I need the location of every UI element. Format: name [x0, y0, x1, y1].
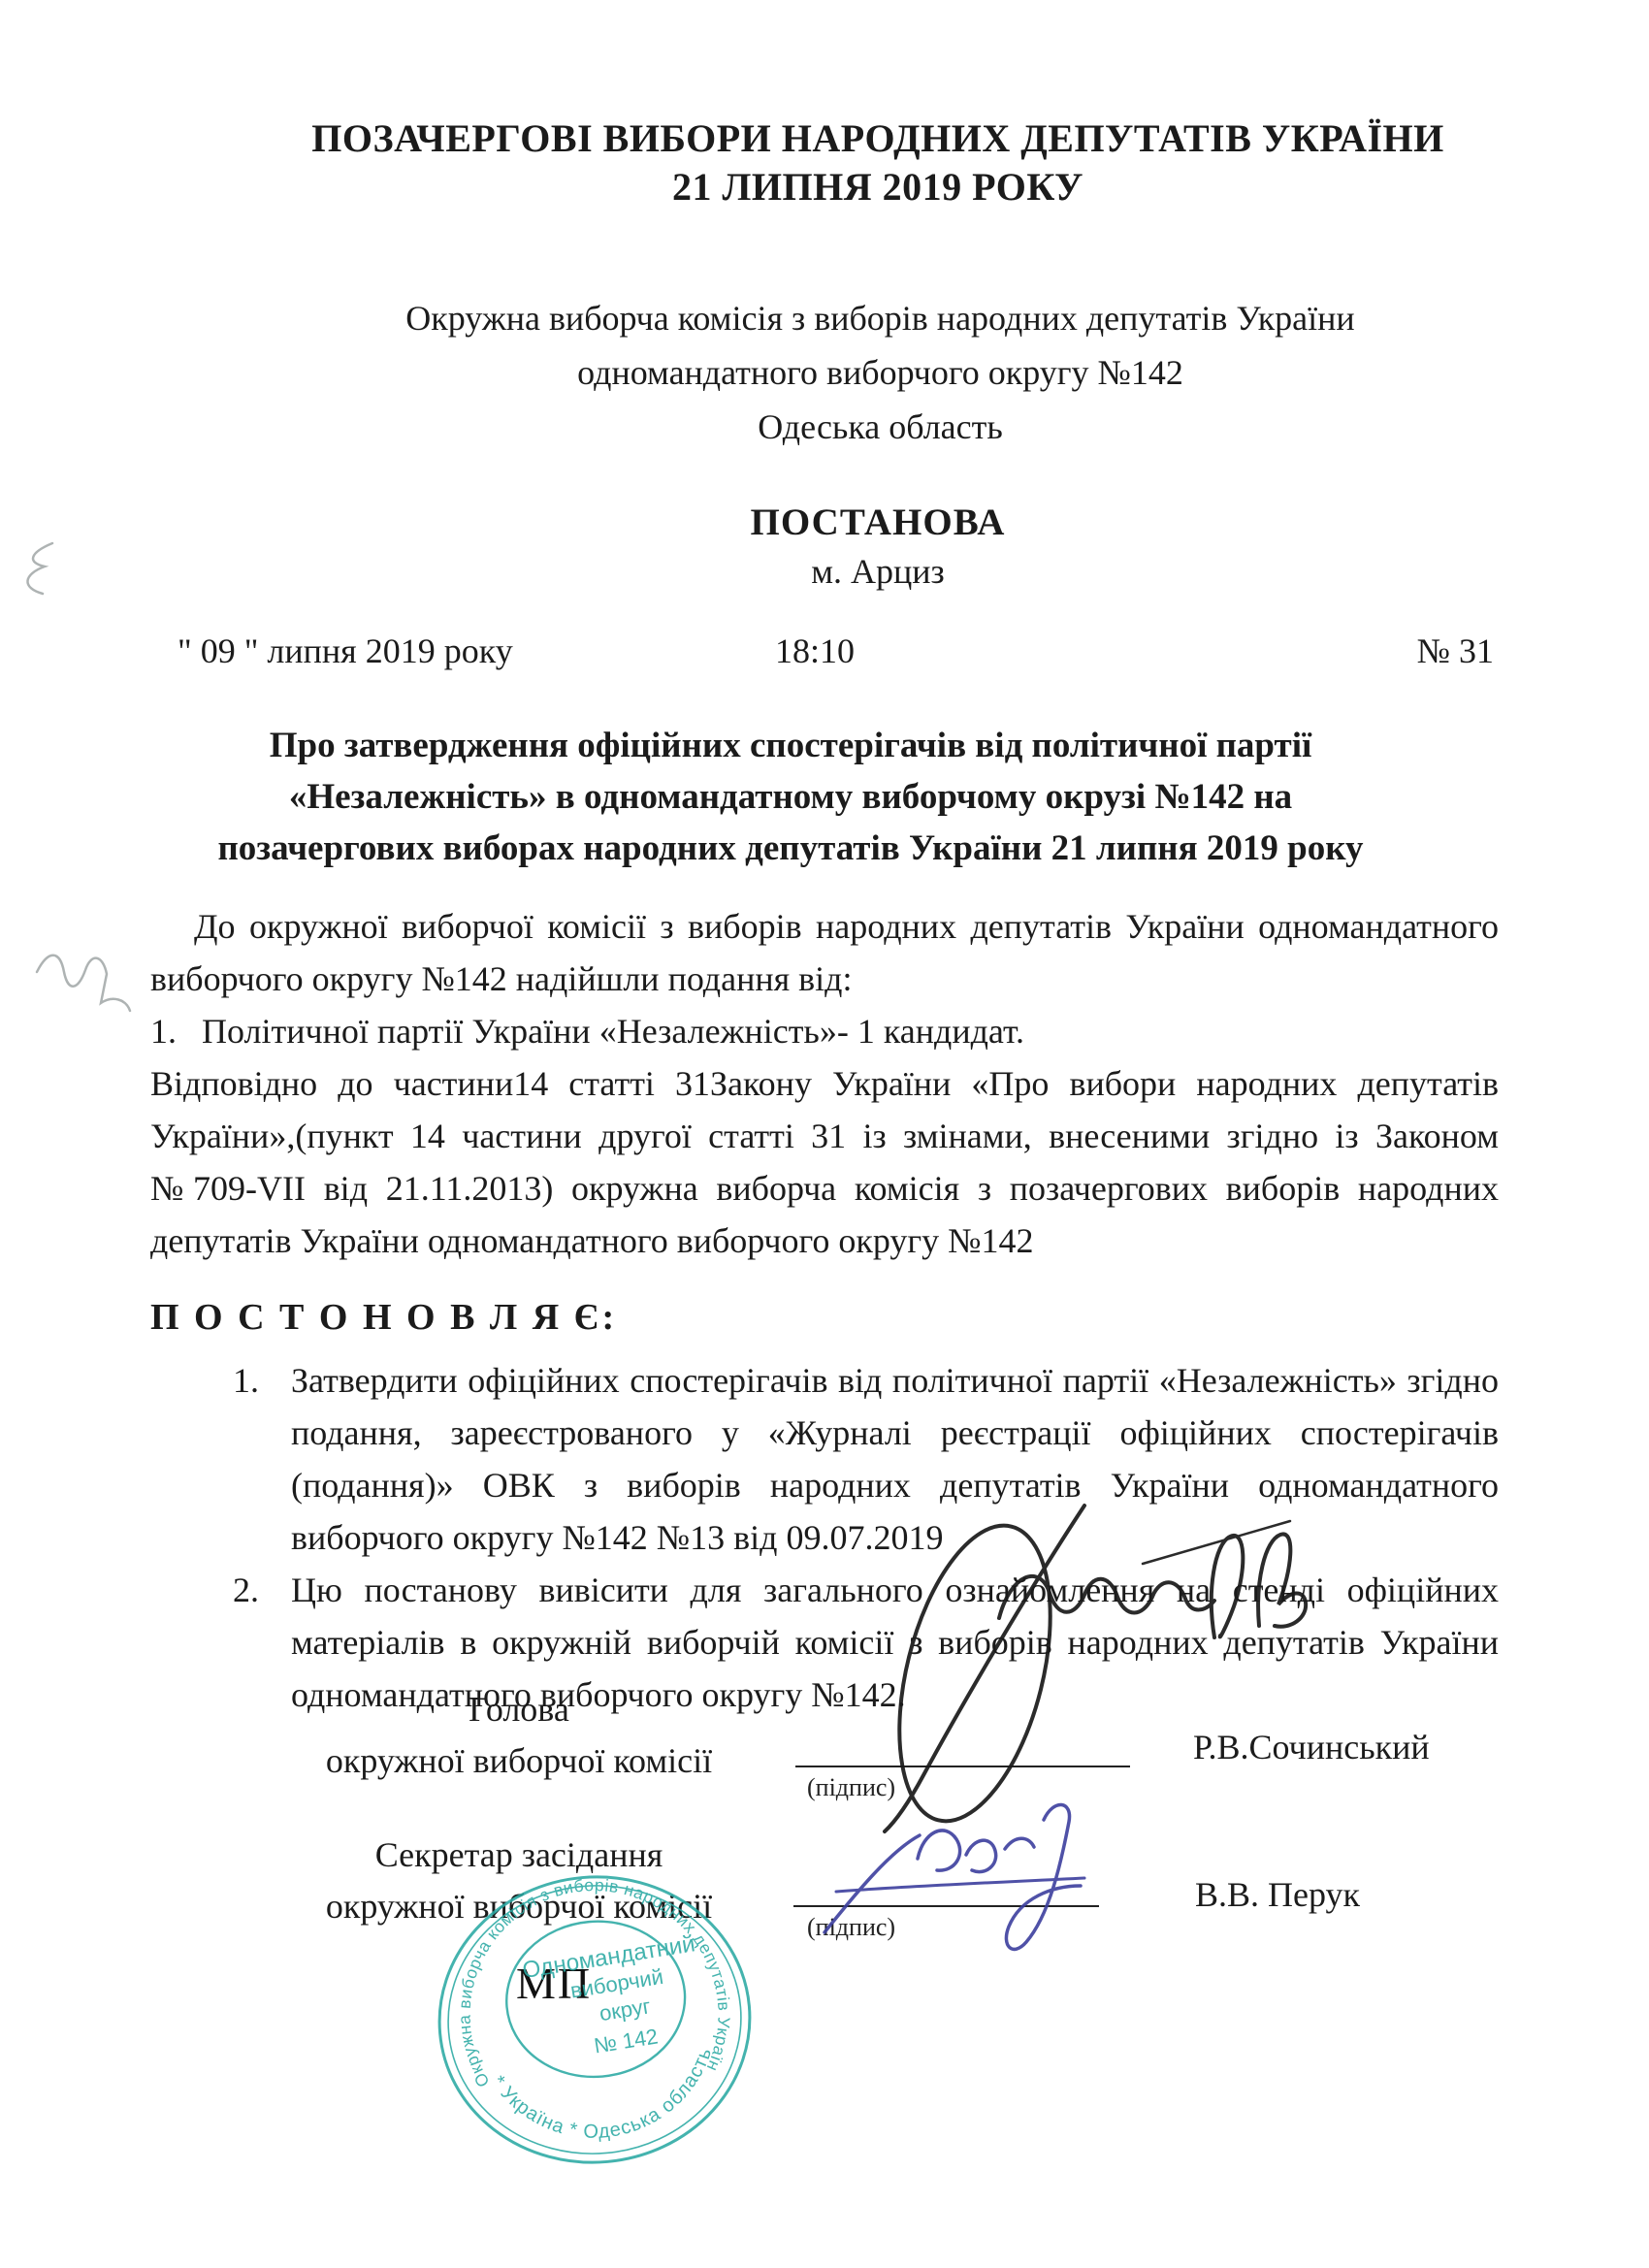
head-signature-caption: (підпис): [807, 1773, 895, 1802]
submission-item: 1.Політичної партії України «Незалежніст…: [150, 1005, 1499, 1057]
secretary-role: Секретар засідання окружної виборчої ком…: [315, 1830, 723, 1932]
document-page: ПОЗАЧЕРГОВІ ВИБОРИ НАРОДНИХ ДЕПУТАТІВ УК…: [0, 0, 1649, 2268]
subject-heading: Про затвердження офіційних спостерігачів…: [121, 720, 1460, 874]
secretary-role-line2: окружної виборчої комісії: [315, 1881, 723, 1932]
legal-basis: Відповідно до частини14 статті 31Закону …: [150, 1057, 1499, 1267]
resolution-item-number: 2.: [233, 1564, 259, 1616]
resolutions-list: 1.Затвердити офіційних спостерігачів від…: [150, 1354, 1499, 1721]
date-row: " 09 " липня 2019 року 18:10 № 31: [0, 631, 1649, 673]
secretary-role-line1: Секретар засідання: [315, 1830, 723, 1881]
pencil-artifacts: [27, 543, 130, 1011]
doc-time: 18:10: [737, 631, 892, 671]
head-role-line1: Голова: [315, 1684, 723, 1735]
head-role-line2: окружної виборчої комісії: [315, 1735, 723, 1787]
subject-line1: Про затвердження офіційних спостерігачів…: [121, 720, 1460, 771]
election-title-line1: ПОЗАЧЕРГОВІ ВИБОРИ НАРОДНИХ ДЕПУТАТІВ УК…: [204, 114, 1552, 163]
secretary-signature-caption: (підпис): [807, 1913, 895, 1942]
resolution-item: 1.Затвердити офіційних спостерігачів від…: [150, 1354, 1499, 1564]
seal-mark: МП: [516, 1958, 592, 2009]
resolution-item-number: 1.: [233, 1354, 259, 1407]
doc-type: ПОСТАНОВА: [204, 499, 1552, 547]
body-text: До окружної виборчої комісії з виборів н…: [150, 900, 1499, 1267]
commission-name-line1: Окружна виборча комісія з виборів народн…: [209, 291, 1552, 345]
secretary-signature-line: [793, 1905, 1099, 1907]
stamp-center-line3: округ: [598, 1993, 652, 2025]
election-title: ПОЗАЧЕРГОВІ ВИБОРИ НАРОДНИХ ДЕПУТАТІВ УК…: [204, 114, 1552, 211]
commission-name-line2: одномандатного виборчого округу №142: [209, 345, 1552, 400]
resolve-heading: П О С Т О Н О В Л Я Є:: [150, 1296, 617, 1339]
commission-name: Окружна виборча комісія з виборів народн…: [209, 291, 1552, 454]
secretary-signatory-name: В.В. Перук: [1195, 1874, 1360, 1915]
head-signatory-name: Р.В.Сочинський: [1193, 1727, 1430, 1767]
election-title-line2: 21 ЛИПНЯ 2019 РОКУ: [204, 163, 1552, 211]
head-role: Голова окружної виборчої комісії: [315, 1684, 723, 1787]
subject-line3: позачергових виборах народних депутатів …: [121, 823, 1460, 874]
commission-region: Одеська область: [209, 400, 1552, 454]
doc-number: № 31: [1417, 631, 1494, 671]
head-signature-line: [795, 1766, 1130, 1767]
doc-date: " 09 " липня 2019 року: [178, 631, 513, 671]
subject-line2: «Незалежність» в одномандатному виборчом…: [121, 771, 1460, 823]
stamp-center-line4: № 142: [593, 2024, 661, 2057]
doc-type-block: ПОСТАНОВА м. Арциз: [204, 499, 1552, 596]
doc-place: м. Арциз: [204, 547, 1552, 596]
body-intro: До окружної виборчої комісії з виборів н…: [150, 900, 1499, 1005]
submission-item-number: 1.: [150, 1012, 177, 1051]
resolution-item-text: Затвердити офіційних спостерігачів від п…: [291, 1361, 1499, 1557]
submission-item-text: Політичної партії України «Незалежність»…: [202, 1012, 1024, 1051]
